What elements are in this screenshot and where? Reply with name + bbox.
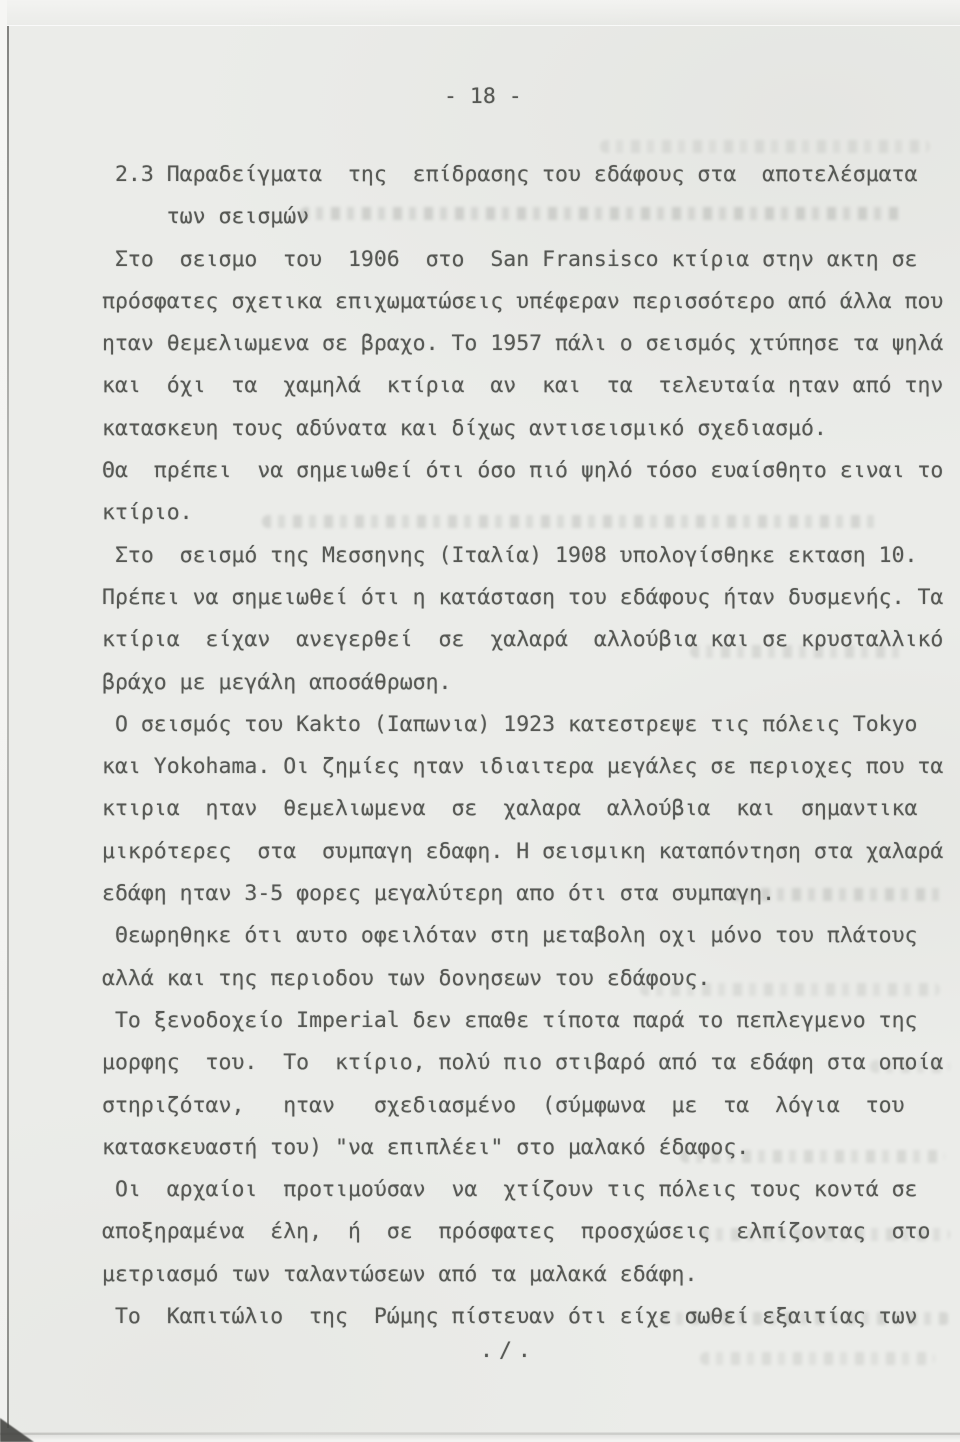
text-line: Στο σεισμό της Μεσσηνης (Ιταλία) 1908 υπ… [102,535,952,577]
page-number: - 18 - [444,84,522,110]
text-line: κατασκευη τους αδύνατα και δίχως αντισει… [102,408,952,450]
scan-left-edge-line [7,26,9,1428]
text-line: αποξηραμένα έλη, ή σε πρόσφατες προσχώσε… [102,1211,952,1253]
text-line: και όχι τα χαμηλά κτίρια αν και τα τελευ… [102,365,952,407]
text-line: και Yokohama. Οι ζημίες ηταν ιδιαιτερα μ… [102,746,952,788]
text-line: Θα πρέπει να σημειωθεί ότι όσο πιό ψηλό … [102,450,952,492]
section-heading-line-1: 2.3 Παραδείγματα της επίδρασης του εδάφο… [102,154,952,196]
text-line: αλλά και της περιοδου των δονησεων του ε… [102,958,952,1000]
text-line: Πρέπει να σημειωθεί ότι η κατάσταση του … [102,577,952,619]
text-line: ηταν θεμελιωμενα σε βραχο. Το 1957 πάλι … [102,323,952,365]
section-heading-line-2: των σεισμών [102,196,952,238]
scan-left-margin [0,0,7,1442]
text-line: κατασκευαστή του) "να επιπλέει" στο μαλα… [102,1127,952,1169]
text-line: μορφης του. Το κτίριο, πολύ πιο στιβαρό … [102,1042,952,1084]
text-line: Στο σεισμο του 1906 στο San Fransisco κτ… [102,239,952,281]
text-line: κτιρια ηταν θεμελιωμενα σε χαλαρα αλλούβ… [102,788,952,830]
text-line: μικρότερες στα συμπαγη εδαφη. Η σεισμικη… [102,831,952,873]
scanned-document-page: - 18 - 2.3 Παραδείγματα της επίδρασης το… [0,0,960,1442]
bleed-through-artifact [700,1352,935,1365]
text-line: στηριζόταν, ηταν σχεδιασμένο (σύμφωνα με… [102,1085,952,1127]
scan-top-strip [0,0,960,25]
text-line: κτίριο. [102,492,952,534]
document-body: 2.3 Παραδείγματα της επίδρασης του εδάφο… [102,154,952,1338]
scan-bottom-edge [0,1433,960,1435]
text-line: βράχο με μεγάλη αποσάθρωση. [102,662,952,704]
text-line: πρόσφατες σχετικα επιχωματώσεις υπέφεραν… [102,281,952,323]
text-line: Ο σεισμός του Kakto (Ιαπωνια) 1923 κατεσ… [102,704,952,746]
text-line: Οι αρχαίοι προτιμούσαν να χτίζουν τις πό… [102,1169,952,1211]
text-line: κτίρια είχαν ανεγερθεί σε χαλαρά αλλούβι… [102,619,952,661]
text-line: εδάφη ηταν 3-5 φορες μεγαλύτερη απο ότι … [102,873,952,915]
text-line: Το ξενοδοχείο Imperial δεν επαθε τίποτα … [102,1000,952,1042]
bleed-through-artifact [600,140,930,153]
text-line: Θεωρηθηκε ότι αυτο οφειλόταν στη μεταβολ… [102,915,952,957]
scan-corner-mark [0,1418,34,1442]
continuation-mark: ./. [480,1330,537,1372]
text-line: μετριασμό των ταλαντώσεων από τα μαλακά … [102,1254,952,1296]
scan-top-edge [0,25,960,26]
